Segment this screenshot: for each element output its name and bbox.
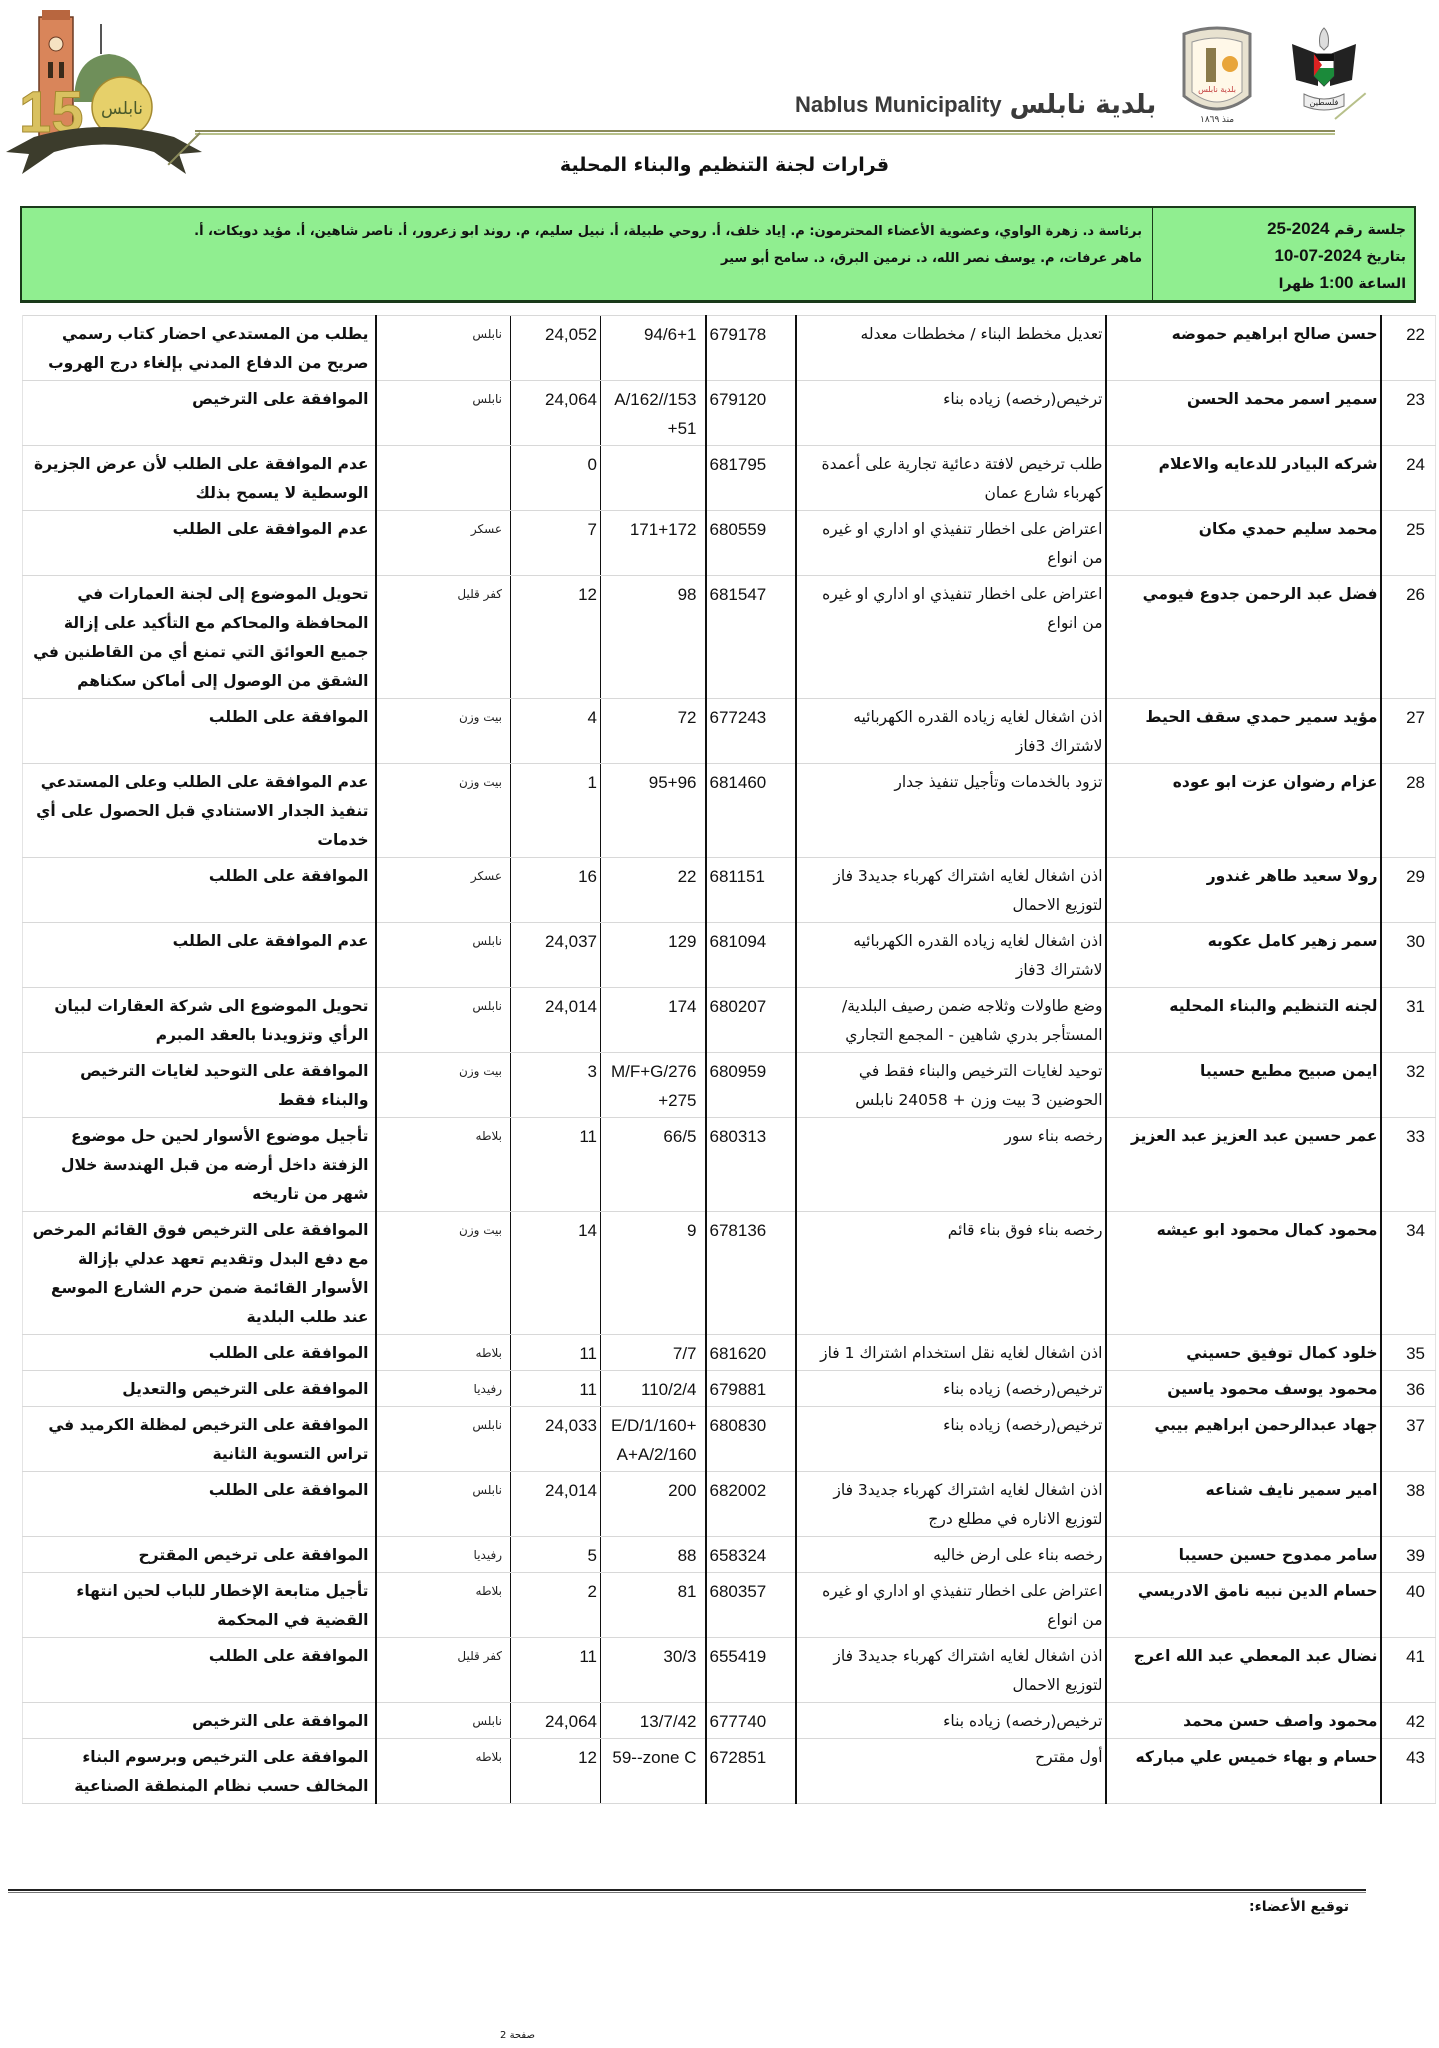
- request-number: 681151: [706, 858, 796, 923]
- plot-number: 59--zone C: [601, 1739, 706, 1804]
- request-number: 679120: [706, 381, 796, 446]
- request-type: اذن اشغال لغايه زياده القدره الكهربائيه …: [796, 699, 1106, 764]
- basin-number: 0: [511, 446, 601, 511]
- municipality-name-arabic: بلدية نابلس: [1010, 90, 1157, 120]
- applicant-name: خلود كمال توفيق حسيني: [1106, 1335, 1381, 1371]
- committee-decision: تأجيل موضوع الأسوار لحين حل موضوع الزفتة…: [23, 1118, 376, 1212]
- plot-number: 94/6+1: [601, 316, 706, 381]
- table-row: 35 خلود كمال توفيق حسيني اذن اشغال لغايه…: [23, 1335, 1436, 1371]
- table-row: 29 رولا سعيد طاهر غندور اذن اشغال لغايه …: [23, 858, 1436, 923]
- table-row: 22 حسن صالح ابراهيم حموضه تعديل مخطط الب…: [23, 316, 1436, 381]
- committee-decision: الموافقة على الترخيص لمظلة الكرميد في تر…: [23, 1407, 376, 1472]
- basin-number: 24,037: [511, 923, 601, 988]
- table-row: 30 سمر زهير كامل عكوبه اذن اشغال لغايه ز…: [23, 923, 1436, 988]
- applicant-name: سمير اسمر محمد الحسن: [1106, 381, 1381, 446]
- table-row: 41 نضال عبد المعطي عبد الله اعرج اذن اشغ…: [23, 1638, 1436, 1703]
- committee-decision: الموافقة على التوحيد لغايات الترخيص والب…: [23, 1053, 376, 1118]
- area-name: نابلس: [376, 1472, 511, 1537]
- committee-decision: تأجيل متابعة الإخطار للباب لحين انتهاء ا…: [23, 1573, 376, 1638]
- table-row: 24 شركه البيادر للدعايه والاعلام طلب ترخ…: [23, 446, 1436, 511]
- table-row: 34 محمود كمال محمود ابو عيشه رخصه بناء ف…: [23, 1212, 1436, 1335]
- area-name: بلاطه: [376, 1335, 511, 1371]
- applicant-name: محمد سليم حمدي مكان: [1106, 511, 1381, 576]
- basin-number: 11: [511, 1335, 601, 1371]
- request-number: 681620: [706, 1335, 796, 1371]
- request-type: وضع طاولات وثلاجه ضمن رصيف البلدية/ المس…: [796, 988, 1106, 1053]
- basin-number: 12: [511, 1739, 601, 1804]
- request-number: 680313: [706, 1118, 796, 1212]
- request-type: تعديل مخطط البناء / مخططات معدله: [796, 316, 1106, 381]
- table-row: 31 لجنه التنظيم والبناء المحليه وضع طاول…: [23, 988, 1436, 1053]
- page-header: 15 نابلس بلدية نابلس Nablus Municipality…: [0, 0, 1439, 200]
- basin-number: 3: [511, 1053, 601, 1118]
- basin-number: 11: [511, 1118, 601, 1212]
- request-number: 658324: [706, 1537, 796, 1573]
- applicant-name: فضل عبد الرحمن جدوع فيومي: [1106, 576, 1381, 699]
- request-type: اذن اشغال لغايه نقل استخدام اشتراك 1 فاز: [796, 1335, 1106, 1371]
- row-number: 39: [1381, 1537, 1436, 1573]
- plot-number: 9: [601, 1212, 706, 1335]
- basin-number: 14: [511, 1212, 601, 1335]
- plot-number: 13/7/42: [601, 1703, 706, 1739]
- applicant-name: ايمن صبيح مطيع حسيبا: [1106, 1053, 1381, 1118]
- table-row: 40 حسام الدين نبيه نامق الادريسي اعتراض …: [23, 1573, 1436, 1638]
- palestine-eagle-emblem-icon: فلسطين: [1288, 24, 1360, 114]
- area-name: رفيديا: [376, 1537, 511, 1573]
- row-number: 42: [1381, 1703, 1436, 1739]
- municipality-name-english: Nablus Municipality: [795, 92, 1002, 118]
- session-number-line: جلسة رقم 2024-25: [1153, 216, 1406, 243]
- request-number: 681094: [706, 923, 796, 988]
- page-number-value: 2: [500, 2030, 506, 2041]
- request-type: اذن اشغال لغايه اشتراك كهرباء جديد3 فاز …: [796, 858, 1106, 923]
- request-type: اعتراض على اخطار تنفيذي او اداري او غيره…: [796, 511, 1106, 576]
- row-number: 31: [1381, 988, 1436, 1053]
- request-number: 680559: [706, 511, 796, 576]
- footer-divider: [8, 1889, 1366, 1893]
- session-info-box: جلسة رقم 2024-25 بتاريخ 2024-07-10 الساع…: [20, 206, 1416, 303]
- committee-decision: تحويل الموضوع إلى لجنة العمارات في المحا…: [23, 576, 376, 699]
- plot-number: 88: [601, 1537, 706, 1573]
- committee-decision: الموافقة على الطلب: [23, 699, 376, 764]
- applicant-name: لجنه التنظيم والبناء المحليه: [1106, 988, 1381, 1053]
- request-type: أول مقترح: [796, 1739, 1106, 1804]
- plot-number: 171+172: [601, 511, 706, 576]
- row-number: 33: [1381, 1118, 1436, 1212]
- session-time-suffix: ظهرا: [1279, 276, 1315, 292]
- plot-number: 174: [601, 988, 706, 1053]
- plot-number: M/F+G/276+275: [601, 1053, 706, 1118]
- plot-number: 129: [601, 923, 706, 988]
- basin-number: 24,014: [511, 988, 601, 1053]
- plot-number: [601, 446, 706, 511]
- plot-number: 7/7: [601, 1335, 706, 1371]
- area-name: بيت وزن: [376, 1053, 511, 1118]
- row-number: 28: [1381, 764, 1436, 858]
- applicant-name: حسام الدين نبيه نامق الادريسي: [1106, 1573, 1381, 1638]
- document-title: قرارات لجنة التنظيم والبناء المحلية: [0, 154, 1439, 176]
- request-number: 680959: [706, 1053, 796, 1118]
- basin-number: 5: [511, 1537, 601, 1573]
- committee-decision: الموافقة على الطلب: [23, 858, 376, 923]
- row-number: 26: [1381, 576, 1436, 699]
- municipality-since: منذ ١٨٦٩: [1200, 114, 1234, 125]
- row-number: 32: [1381, 1053, 1436, 1118]
- applicant-name: سامر ممدوح حسين حسيبا: [1106, 1537, 1381, 1573]
- plot-number: E/D/1/160+A+A/2/160: [601, 1407, 706, 1472]
- applicant-name: نضال عبد المعطي عبد الله اعرج: [1106, 1638, 1381, 1703]
- area-name: نابلس: [376, 988, 511, 1053]
- row-number: 37: [1381, 1407, 1436, 1472]
- area-name: بلاطه: [376, 1739, 511, 1804]
- members-line-1: برئاسة د. زهرة الواوي، وعضوية الأعضاء ال…: [22, 218, 1142, 245]
- request-type: رخصه بناء على ارض خاليه: [796, 1537, 1106, 1573]
- area-name: بلاطه: [376, 1118, 511, 1212]
- applicant-name: امير سمير نايف شناعه: [1106, 1472, 1381, 1537]
- applicant-name: سمر زهير كامل عكوبه: [1106, 923, 1381, 988]
- row-number: 40: [1381, 1573, 1436, 1638]
- request-type: ترخيص(رخصه) زياده بناء: [796, 1407, 1106, 1472]
- table-row: 26 فضل عبد الرحمن جدوع فيومي اعتراض على …: [23, 576, 1436, 699]
- page-label: صفحة: [510, 2030, 535, 2041]
- plot-number: A/162//153+51: [601, 381, 706, 446]
- table-row: 43 حسام و بهاء خميس علي مباركه أول مقترح…: [23, 1739, 1436, 1804]
- session-date-line: بتاريخ 2024-07-10: [1153, 243, 1406, 270]
- request-number: 681460: [706, 764, 796, 858]
- row-number: 35: [1381, 1335, 1436, 1371]
- request-number: 681795: [706, 446, 796, 511]
- committee-decision: الموافقة على الطلب: [23, 1638, 376, 1703]
- svg-text:بلدية نابلس: بلدية نابلس: [1198, 85, 1236, 94]
- basin-number: 12: [511, 576, 601, 699]
- basin-number: 24,033: [511, 1407, 601, 1472]
- session-members: برئاسة د. زهرة الواوي، وعضوية الأعضاء ال…: [22, 208, 1152, 300]
- session-time: 1:00: [1319, 273, 1353, 292]
- request-number: 655419: [706, 1638, 796, 1703]
- request-type: توحيد لغايات الترخيص والبناء فقط في الحو…: [796, 1053, 1106, 1118]
- row-number: 30: [1381, 923, 1436, 988]
- basin-number: 24,064: [511, 1703, 601, 1739]
- request-type: ترخيص(رخصه) زياده بناء: [796, 1703, 1106, 1739]
- request-type: اذن اشغال لغايه زياده القدره الكهربائيه …: [796, 923, 1106, 988]
- members-line-2: ماهر عرفات، م. يوسف نصر الله، د. نرمين ا…: [22, 245, 1142, 272]
- applicant-name: جهاد عبدالرحمن ابراهيم بيبي: [1106, 1407, 1381, 1472]
- decisions-table: 22 حسن صالح ابراهيم حموضه تعديل مخطط الب…: [22, 315, 1436, 1804]
- request-type: رخصه بناء سور: [796, 1118, 1106, 1212]
- session-date: 2024-07-10: [1274, 246, 1361, 265]
- area-name: نابلس: [376, 923, 511, 988]
- row-number: 29: [1381, 858, 1436, 923]
- committee-decision: عدم الموافقة على الطلب لأن عرض الجزيرة ا…: [23, 446, 376, 511]
- basin-number: 24,014: [511, 1472, 601, 1537]
- area-name: كفر قليل: [376, 576, 511, 699]
- basin-number: 11: [511, 1638, 601, 1703]
- area-name: بيت وزن: [376, 1212, 511, 1335]
- svg-text:فلسطين: فلسطين: [1310, 98, 1339, 107]
- request-number: 680357: [706, 1573, 796, 1638]
- nablus-municipality-crest-icon: بلدية نابلس: [1178, 26, 1256, 118]
- row-number: 36: [1381, 1371, 1436, 1407]
- committee-decision: عدم الموافقة على الطلب وعلى المستدعي تنف…: [23, 764, 376, 858]
- committee-decision: عدم الموافقة على الطلب: [23, 923, 376, 988]
- committee-decision: الموافقة على الترخيص فوق القائم المرخص م…: [23, 1212, 376, 1335]
- committee-decision: الموافقة على الترخيص: [23, 1703, 376, 1739]
- municipality-name: بلدية نابلس Nablus Municipality: [795, 90, 1156, 120]
- area-name: نابلس: [376, 1407, 511, 1472]
- svg-text:نابلس: نابلس: [101, 99, 143, 119]
- committee-decision: تحويل الموضوع الى شركة العقارات لبيان ال…: [23, 988, 376, 1053]
- applicant-name: حسام و بهاء خميس علي مباركه: [1106, 1739, 1381, 1804]
- applicant-name: محمود يوسف محمود ياسين: [1106, 1371, 1381, 1407]
- basin-number: 16: [511, 858, 601, 923]
- committee-decision: يطلب من المستدعي احضار كتاب رسمي صريح من…: [23, 316, 376, 381]
- request-number: 681547: [706, 576, 796, 699]
- table-row: 32 ايمن صبيح مطيع حسيبا توحيد لغايات الت…: [23, 1053, 1436, 1118]
- request-type: طلب ترخيص لافتة دعائية تجارية على أعمدة …: [796, 446, 1106, 511]
- plot-number: 95+96: [601, 764, 706, 858]
- request-type: اعتراض على اخطار تنفيذي او اداري او غيره…: [796, 1573, 1106, 1638]
- basin-number: 1: [511, 764, 601, 858]
- area-name: عسكر: [376, 511, 511, 576]
- plot-number: 200: [601, 1472, 706, 1537]
- table-row: 39 سامر ممدوح حسين حسيبا رخصه بناء على ا…: [23, 1537, 1436, 1573]
- table-row: 23 سمير اسمر محمد الحسن ترخيص(رخصه) زياد…: [23, 381, 1436, 446]
- table-row: 33 عمر حسين عبد العزيز عبد العزيز رخصه ب…: [23, 1118, 1436, 1212]
- area-name: بيت وزن: [376, 764, 511, 858]
- applicant-name: مؤيد سمير حمدي سقف الحيط: [1106, 699, 1381, 764]
- request-number: 679881: [706, 1371, 796, 1407]
- session-time-label: الساعة: [1358, 276, 1406, 292]
- session-number: 2024-25: [1267, 219, 1329, 238]
- table-row: 38 امير سمير نايف شناعه اذن اشغال لغايه …: [23, 1472, 1436, 1537]
- row-number: 24: [1381, 446, 1436, 511]
- row-number: 38: [1381, 1472, 1436, 1537]
- plot-number: 72: [601, 699, 706, 764]
- applicant-name: محمود كمال محمود ابو عيشه: [1106, 1212, 1381, 1335]
- page-number: صفحة 2: [500, 2030, 535, 2041]
- plot-number: 98: [601, 576, 706, 699]
- committee-decision: الموافقة على ترخيص المقترح: [23, 1537, 376, 1573]
- area-name: [376, 446, 511, 511]
- request-type: ترخيص(رخصه) زياده بناء: [796, 1371, 1106, 1407]
- session-number-label: جلسة رقم: [1334, 222, 1406, 238]
- request-type: ترخيص(رخصه) زياده بناء: [796, 381, 1106, 446]
- applicant-name: شركه البيادر للدعايه والاعلام: [1106, 446, 1381, 511]
- request-type: اذن اشغال لغايه اشتراك كهرباء جديد3 فاز …: [796, 1638, 1106, 1703]
- row-number: 34: [1381, 1212, 1436, 1335]
- request-number: 682002: [706, 1472, 796, 1537]
- applicant-name: محمود واصف حسن محمد: [1106, 1703, 1381, 1739]
- plot-number: 110/2/4: [601, 1371, 706, 1407]
- members-signature-label: توقيع الأعضاء:: [1249, 1899, 1349, 1915]
- plot-number: 66/5: [601, 1118, 706, 1212]
- request-number: 678136: [706, 1212, 796, 1335]
- committee-decision: الموافقة على الطلب: [23, 1472, 376, 1537]
- session-time-line: الساعة 1:00 ظهرا: [1153, 270, 1406, 297]
- request-number: 672851: [706, 1739, 796, 1804]
- session-details: جلسة رقم 2024-25 بتاريخ 2024-07-10 الساع…: [1152, 208, 1414, 300]
- request-number: 680207: [706, 988, 796, 1053]
- table-row: 28 عزام رضوان عزت ابو عوده تزود بالخدمات…: [23, 764, 1436, 858]
- row-number: 41: [1381, 1638, 1436, 1703]
- request-type: اعتراض على اخطار تنفيذي او اداري او غيره…: [796, 576, 1106, 699]
- plot-number: 22: [601, 858, 706, 923]
- committee-decision: الموافقة على الترخيص: [23, 381, 376, 446]
- table-row: 42 محمود واصف حسن محمد ترخيص(رخصه) زياده…: [23, 1703, 1436, 1739]
- applicant-name: عمر حسين عبد العزيز عبد العزيز: [1106, 1118, 1381, 1212]
- table-row: 36 محمود يوسف محمود ياسين ترخيص(رخصه) زي…: [23, 1371, 1436, 1407]
- area-name: عسكر: [376, 858, 511, 923]
- area-name: كفر قليل: [376, 1638, 511, 1703]
- applicant-name: حسن صالح ابراهيم حموضه: [1106, 316, 1381, 381]
- area-name: نابلس: [376, 1703, 511, 1739]
- area-name: بلاطه: [376, 1573, 511, 1638]
- plot-number: 30/3: [601, 1638, 706, 1703]
- applicant-name: عزام رضوان عزت ابو عوده: [1106, 764, 1381, 858]
- basin-number: 24,052: [511, 316, 601, 381]
- table-row: 25 محمد سليم حمدي مكان اعتراض على اخطار …: [23, 511, 1436, 576]
- area-name: رفيديا: [376, 1371, 511, 1407]
- row-number: 27: [1381, 699, 1436, 764]
- plot-number: 81: [601, 1573, 706, 1638]
- basin-number: 4: [511, 699, 601, 764]
- decisions-table-body: 22 حسن صالح ابراهيم حموضه تعديل مخطط الب…: [23, 316, 1436, 1804]
- area-name: نابلس: [376, 316, 511, 381]
- nablus-150-years-logo-icon: 15 نابلس: [4, 2, 204, 177]
- basin-number: 2: [511, 1573, 601, 1638]
- row-number: 25: [1381, 511, 1436, 576]
- basin-number: 11: [511, 1371, 601, 1407]
- area-name: بيت وزن: [376, 699, 511, 764]
- committee-decision: الموافقة على الطلب: [23, 1335, 376, 1371]
- row-number: 22: [1381, 316, 1436, 381]
- row-number: 23: [1381, 381, 1436, 446]
- request-type: اذن اشغال لغايه اشتراك كهرباء جديد3 فاز …: [796, 1472, 1106, 1537]
- committee-decision: الموافقة على الترخيص والتعديل: [23, 1371, 376, 1407]
- request-number: 677740: [706, 1703, 796, 1739]
- area-name: نابلس: [376, 381, 511, 446]
- session-date-label: بتاريخ: [1366, 249, 1406, 265]
- basin-number: 7: [511, 511, 601, 576]
- request-number: 677243: [706, 699, 796, 764]
- applicant-name: رولا سعيد طاهر غندور: [1106, 858, 1381, 923]
- request-number: 679178: [706, 316, 796, 381]
- header-divider: [195, 130, 1335, 135]
- request-number: 680830: [706, 1407, 796, 1472]
- request-type: تزود بالخدمات وتأجيل تنفيذ جدار: [796, 764, 1106, 858]
- row-number: 43: [1381, 1739, 1436, 1804]
- committee-decision: عدم الموافقة على الطلب: [23, 511, 376, 576]
- table-row: 27 مؤيد سمير حمدي سقف الحيط اذن اشغال لغ…: [23, 699, 1436, 764]
- committee-decision: الموافقة على الترخيص وبرسوم البناء المخا…: [23, 1739, 376, 1804]
- basin-number: 24,064: [511, 381, 601, 446]
- request-type: رخصه بناء فوق بناء قائم: [796, 1212, 1106, 1335]
- table-row: 37 جهاد عبدالرحمن ابراهيم بيبي ترخيص(رخص…: [23, 1407, 1436, 1472]
